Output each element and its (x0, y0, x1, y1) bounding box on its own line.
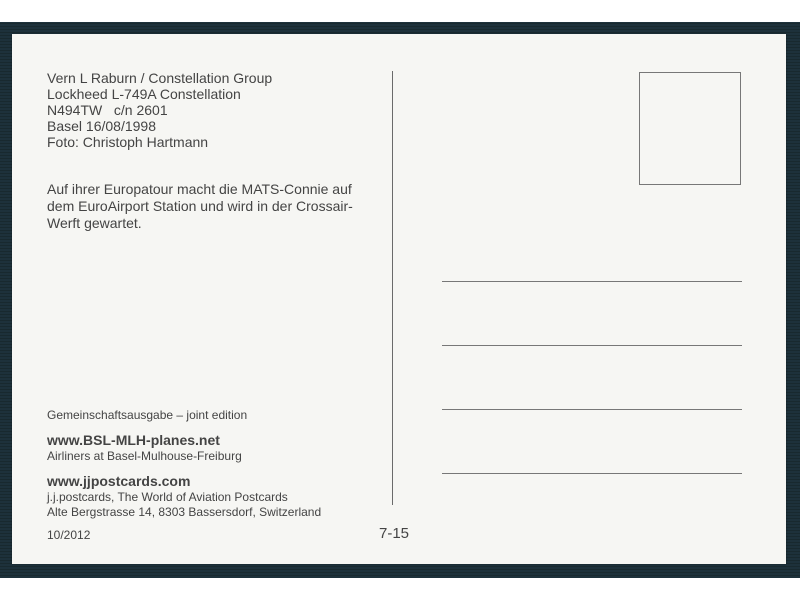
stamp-box (639, 72, 741, 185)
address-line-1 (442, 281, 742, 282)
issue-date: 10/2012 (47, 528, 90, 542)
center-divider (392, 71, 393, 505)
address-line-3 (442, 409, 742, 410)
caption-owner: Vern L Raburn / Constellation Group (47, 70, 272, 86)
postcard: Vern L Raburn / Constellation Group Lock… (12, 34, 786, 564)
caption-registration: N494TW c/n 2601 (47, 102, 272, 118)
publisher2-address: Alte Bergstrasse 14, 8303 Bassersdorf, S… (47, 505, 321, 520)
caption-location-date: Basel 16/08/1998 (47, 118, 272, 134)
caption-block: Vern L Raburn / Constellation Group Lock… (47, 70, 272, 150)
publisher1-tagline: Airliners at Basel-Mulhouse-Freiburg (47, 449, 242, 463)
caption-photographer: Foto: Christoph Hartmann (47, 134, 272, 150)
address-line-2 (442, 345, 742, 346)
joint-edition-label: Gemeinschaftsausgabe – joint edition (47, 408, 247, 422)
address-line-4 (442, 473, 742, 474)
publisher2-details: j.j.postcards, The World of Aviation Pos… (47, 490, 321, 520)
caption-aircraft-type: Lockheed L-749A Constellation (47, 86, 272, 102)
publisher1-url: www.BSL-MLH-planes.net (47, 432, 220, 448)
description-text: Auf ihrer Europatour macht die MATS-Conn… (47, 181, 377, 232)
publisher2-name: j.j.postcards, The World of Aviation Pos… (47, 490, 321, 505)
card-number: 7-15 (379, 525, 409, 542)
publisher2-url: www.jjpostcards.com (47, 473, 190, 489)
